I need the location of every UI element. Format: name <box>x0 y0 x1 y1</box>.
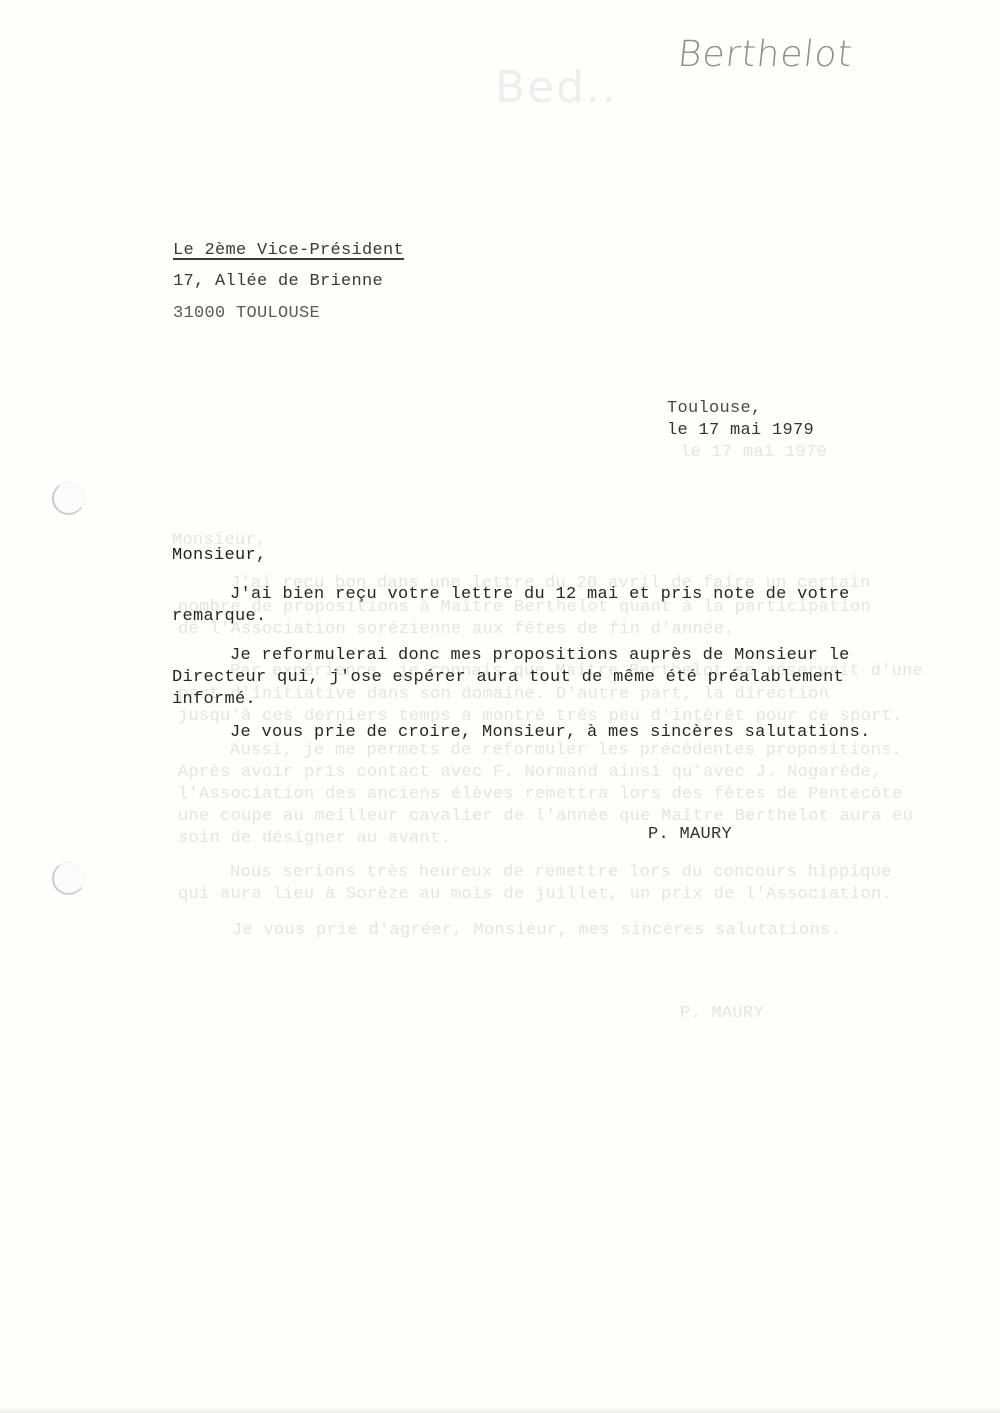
closing-paragraph: Je vous prie de croire, Monsieur, à mes … <box>172 722 912 744</box>
salutation: Monsieur, <box>172 545 267 566</box>
body-paragraph: Je reformulerai donc mes propositions au… <box>172 645 912 711</box>
sender-title: Le 2ème Vice-Président <box>173 240 404 261</box>
handwritten-annotation: Berthelot <box>676 34 855 75</box>
show-through-line: soin de désigner au avant. <box>178 828 451 850</box>
paragraph-text: Je vous prie de croire, Monsieur, à mes … <box>230 723 871 742</box>
date-place: Toulouse, <box>667 398 762 419</box>
show-through-line: Après avoir pris contact avec F. Normand… <box>178 762 882 784</box>
sender-city: 31000 TOULOUSE <box>173 303 320 324</box>
punch-hole-icon <box>52 482 85 515</box>
show-through-line: Je vous prie d'agréer, Monsieur, mes sin… <box>232 920 841 942</box>
paragraph-text: J'ai bien reçu votre lettre du 12 mai et… <box>172 585 850 626</box>
faint-ghost-handwriting: Bed.. <box>495 62 618 113</box>
letter-page: le 17 mai 1979 Monsieur, J'ai reçu bon d… <box>0 0 1000 1413</box>
paragraph-text: Je reformulerai donc mes propositions au… <box>172 646 850 709</box>
show-through-date: le 17 mai 1979 <box>680 442 827 464</box>
sender-street: 17, Allée de Brienne <box>173 271 383 292</box>
signature: P. MAURY <box>648 824 732 845</box>
date-line: le 17 mai 1979 <box>667 420 814 441</box>
punch-hole-icon <box>52 862 85 895</box>
body-paragraph: J'ai bien reçu votre lettre du 12 mai et… <box>172 584 912 628</box>
show-through-line: l'Association des anciens élèves remettr… <box>178 784 903 806</box>
show-through-line: une coupe au meilleur cavalier de l'anné… <box>178 806 913 828</box>
show-through-signature: P. MAURY <box>680 1003 764 1025</box>
show-through-line: qui aura lieu à Sorèze au mois de juille… <box>178 884 892 906</box>
show-through-line: Nous serions très heureux de remettre lo… <box>230 862 892 884</box>
